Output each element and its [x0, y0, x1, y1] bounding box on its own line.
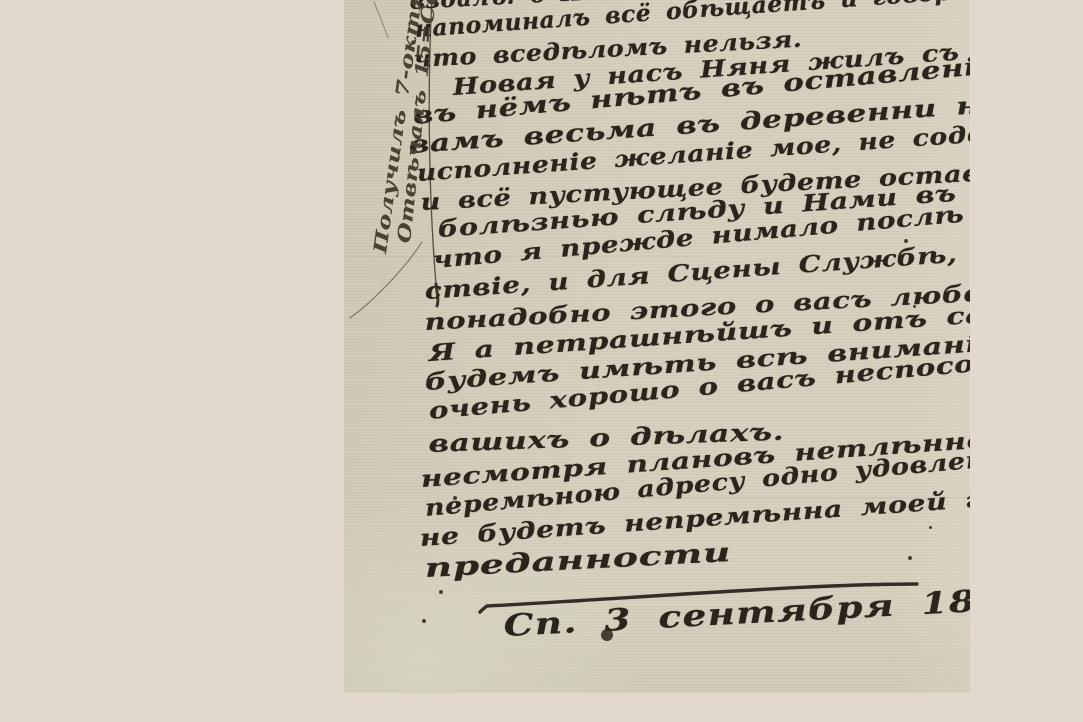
- ink-speck: [913, 305, 916, 308]
- margin-flourish-top-stroke: [374, 2, 388, 38]
- ink-speck: [439, 590, 443, 594]
- ink-speck: [453, 496, 457, 500]
- viewer-background: вздалъ: о Нашемъ собственномънапоминалъ …: [0, 0, 1083, 722]
- ink-speck: [904, 239, 908, 243]
- ink-speck: [929, 526, 932, 529]
- manuscript-page: вздалъ: о Нашемъ собственномънапоминалъ …: [344, 0, 970, 693]
- ink-speck: [601, 629, 613, 641]
- ink-speck: [422, 619, 426, 623]
- ink-speck: [908, 556, 912, 560]
